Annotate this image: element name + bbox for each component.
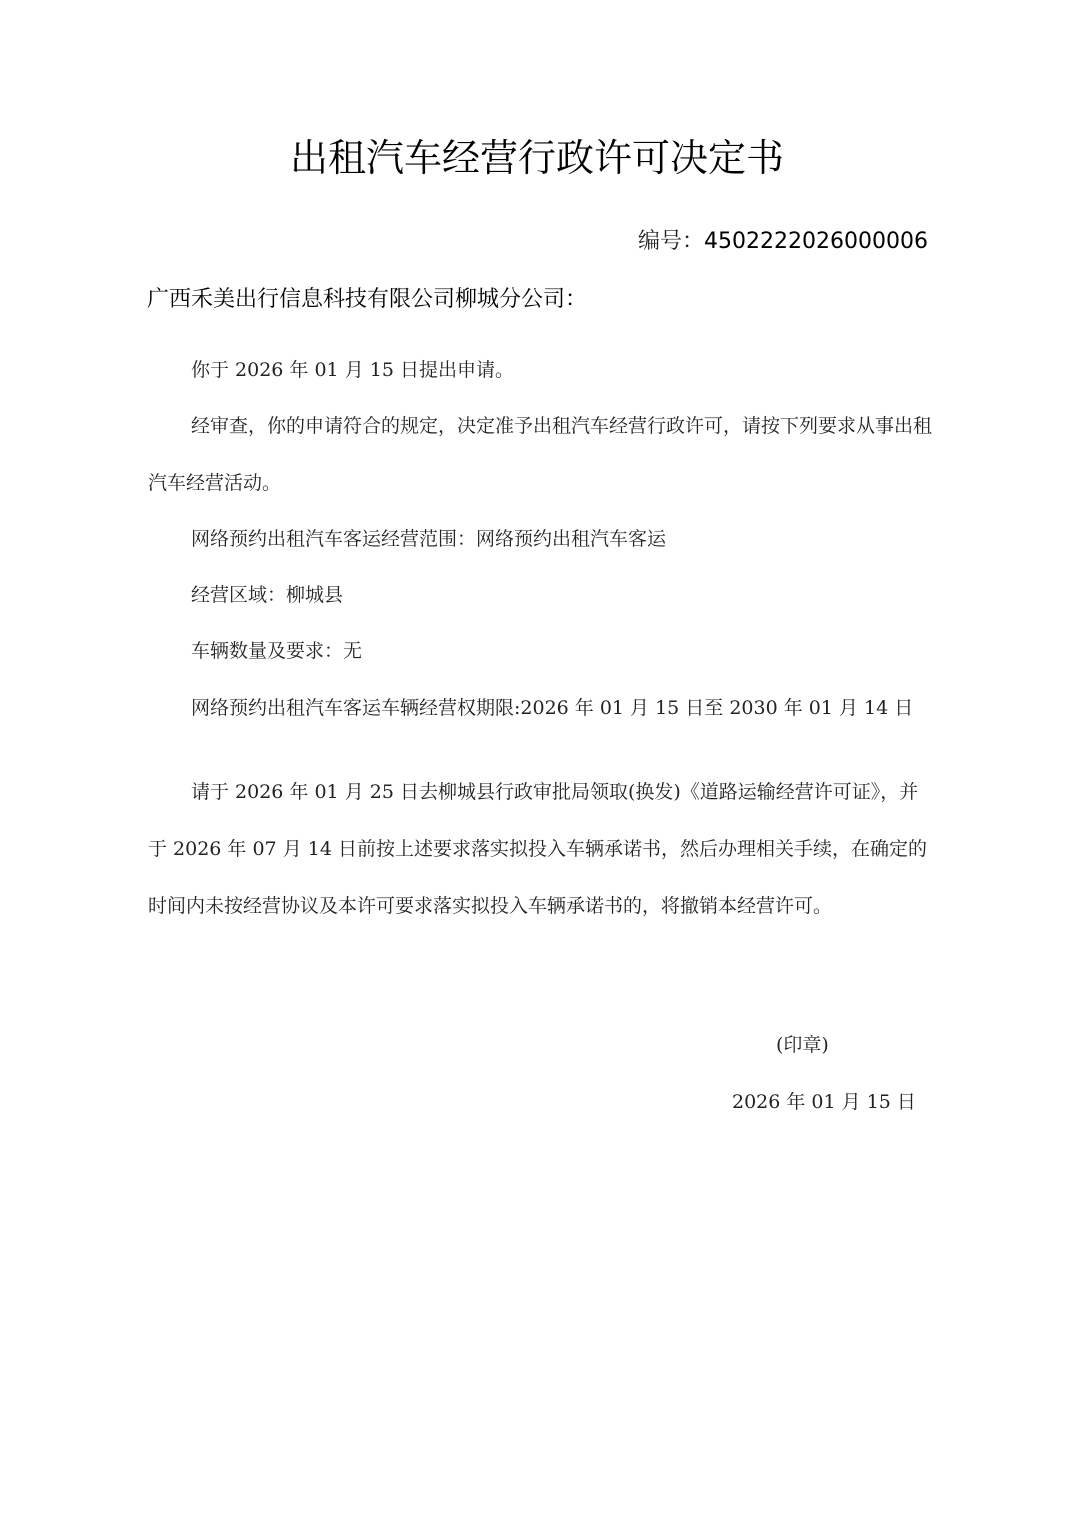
paragraph-business-area: 经营区域：柳城县 <box>148 567 932 624</box>
document-number-label: 编号： <box>638 229 704 254</box>
document-number-value: 4502222026000006 <box>704 229 928 254</box>
issue-date: 2026 年 01 月 15 日 <box>732 1087 916 1117</box>
paragraph-instructions: 请于 2026 年 01 月 25 日去柳城县行政审批局领取(换发)《道路运输经… <box>148 764 932 935</box>
paragraph-vehicle-requirements: 车辆数量及要求：无 <box>148 623 932 680</box>
document-title: 出租汽车经营行政许可决定书 <box>0 130 1074 186</box>
paragraph-business-scope: 网络预约出租汽车客运经营范围：网络预约出租汽车客运 <box>148 511 932 568</box>
paragraph-license-period: 网络预约出租汽车客运车辆经营权期限:2026 年 01 月 15 日至 2030… <box>148 694 932 722</box>
paragraph-review-result: 经审查，你的申请符合的规定，决定准予出租汽车经营行政许可，请按下列要求从事出租汽… <box>148 398 932 512</box>
recipient-company: 广西禾美出行信息科技有限公司柳城分公司： <box>147 282 587 318</box>
document-number: 编号：4502222026000006 <box>638 224 928 260</box>
document-page: 出租汽车经营行政许可决定书 编号：4502222026000006 广西禾美出行… <box>0 0 1074 1520</box>
seal-placeholder: (印章) <box>776 1030 829 1060</box>
paragraph-application: 你于 2026 年 01 月 15 日提出申请。 <box>148 342 932 399</box>
